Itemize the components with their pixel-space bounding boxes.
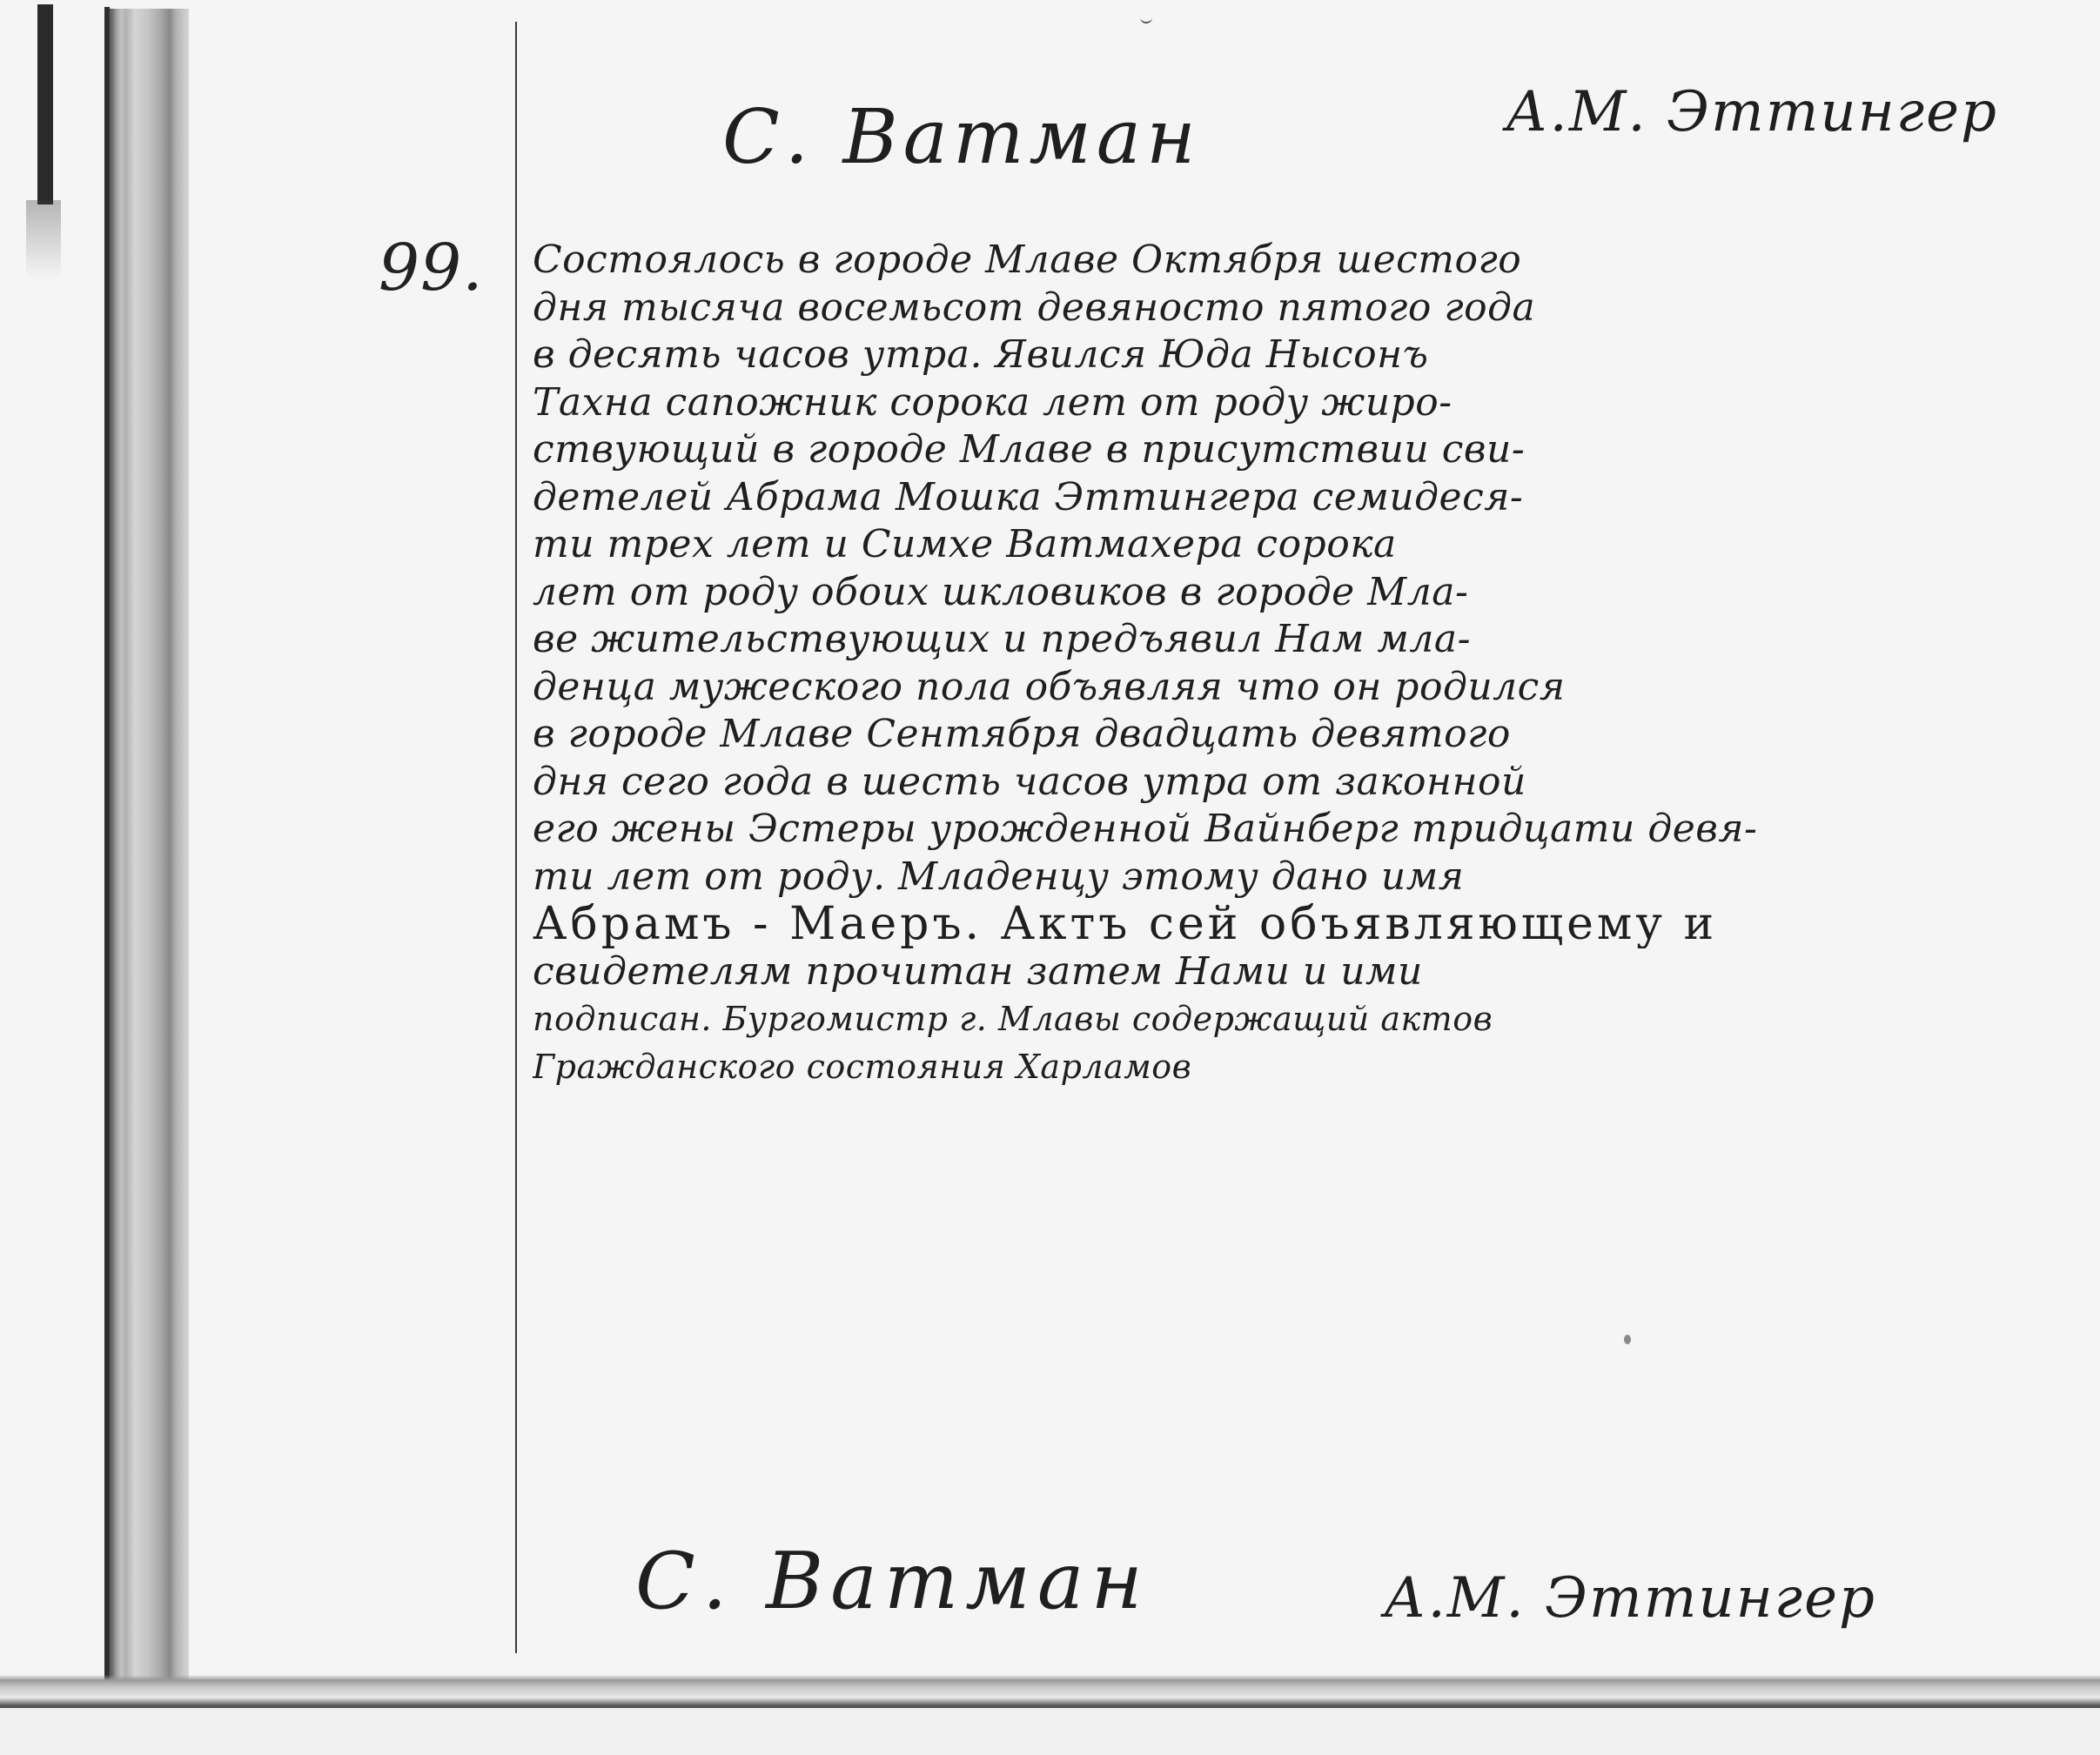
body-line: его жены Эстеры урожденной Вайнберг трид… <box>533 806 2090 854</box>
record-body: Состоялось в городе Млаве Октября шестог… <box>533 237 2090 1090</box>
body-line: свидетелям прочитан затем Нами и ими <box>533 948 2090 996</box>
signature-bottom-right: А.М. Эттингер <box>1384 1566 1876 1631</box>
registrar-line: Гражданского состояния Харламов <box>533 1043 2090 1091</box>
body-line: денца мужеского пола объявляя что он род… <box>533 664 2090 712</box>
page-bottom-edge <box>0 1675 2100 1710</box>
body-line: Тахна сапожник сорока лет от роду жиро- <box>533 379 2090 427</box>
body-line: дня тысяча восемьсот девяносто пятого го… <box>533 285 2090 332</box>
ledger-margin-line <box>515 22 517 1653</box>
child-name-line: Абрамъ - Маеръ. Актъ сей объявляющему и <box>533 901 2090 948</box>
body-line: дня сего года в шесть часов утра от зако… <box>533 759 2090 807</box>
signature-top-right: А.М. Эттингер <box>1506 80 1998 144</box>
body-line: в городе Млаве Сентября двадцать девятог… <box>533 711 2090 759</box>
body-line: ве жительствующих и предъявил Нам мла- <box>533 616 2090 664</box>
signature-top-left: С. Ватман <box>722 94 1201 181</box>
body-line: ствующий в городе Млаве в присутствии св… <box>533 426 2090 474</box>
scan-background <box>0 1708 2100 1755</box>
body-line: Состоялось в городе Млаве Октября шестог… <box>533 237 2090 285</box>
body-line: детелей Абрама Мошка Эттингера семидеся- <box>533 474 2090 522</box>
body-line: ти трех лет и Симхе Ватмахера сорока <box>533 521 2090 569</box>
record-number: 99. <box>379 231 484 305</box>
stray-ink-mark <box>1140 13 1152 23</box>
ink-spot <box>1624 1335 1631 1344</box>
registrar-line: подписан. Бургомистр г. Млавы содержащий… <box>533 995 2090 1043</box>
body-line: в десять часов утра. Явился Юда Нысонъ <box>533 332 2090 379</box>
body-line: ти лет от роду. Младенцу этому дано имя <box>533 854 2090 901</box>
scanned-document-page: С. Ватман А.М. Эттингер 99. Состоялось в… <box>0 0 2100 1755</box>
binding-edge-dark <box>37 4 53 204</box>
body-line: лет от роду обоих шкловиков в городе Мла… <box>533 569 2090 617</box>
signature-bottom-left: С. Ватман <box>635 1536 1150 1627</box>
binding-shadow <box>26 200 61 278</box>
binding-spine-band <box>109 9 189 1714</box>
